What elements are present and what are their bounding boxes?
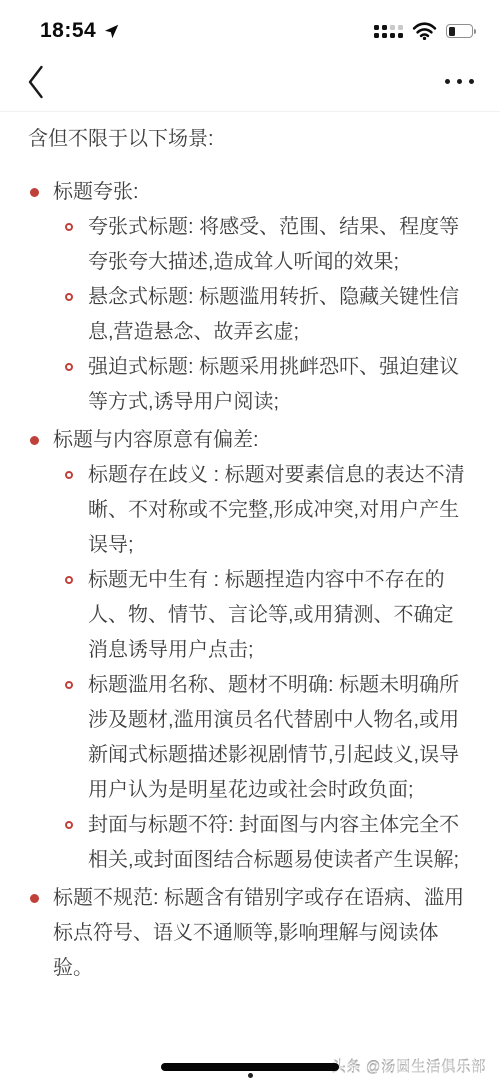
location-arrow-icon (103, 23, 120, 40)
violation-list: 标题夸张:夸张式标题: 将感受、范围、结果、程度等夸张夸大描述,造成耸人听闻的效… (28, 175, 470, 986)
bullet-dot-icon (30, 436, 39, 445)
signal-dot (382, 25, 387, 30)
chevron-left-icon (26, 64, 46, 100)
list-item-text: 标题夸张: (53, 181, 139, 203)
bullet-ring-icon (65, 293, 73, 301)
watermark-text: 头条 @汤圆生活俱乐部 (331, 1060, 486, 1076)
list-item: 标题滥用名称、题材不明确: 标题未明确所涉及题材,滥用演员名代替剧中人物名,或用… (63, 668, 470, 808)
list-item: 标题无中生有 : 标题捏造内容中不存在的人、物、情节、言论等,或用猜测、不确定消… (63, 563, 470, 668)
bullet-ring-icon (65, 223, 73, 231)
bullet-dot-icon (30, 188, 39, 197)
list-item-text: 标题与内容原意有偏差: (53, 429, 259, 451)
signal-dot (374, 25, 379, 30)
signal-dot (382, 33, 387, 38)
bullet-ring-icon (65, 681, 73, 689)
bullet-ring-icon (65, 821, 73, 829)
signal-dot (398, 33, 403, 38)
list-item-text: 悬念式标题: 标题滥用转折、隐藏关键性信息,营造悬念、故弄玄虚; (88, 286, 459, 343)
more-options-button[interactable] (441, 71, 478, 92)
status-bar: 18:54 (0, 0, 500, 52)
bullet-dot-icon (30, 894, 39, 903)
clock: 18:54 (40, 19, 96, 43)
phone-screen: 18:54 (0, 0, 500, 1082)
list-item-text: 标题滥用名称、题材不明确: 标题未明确所涉及题材,滥用演员名代替剧中人物名,或用… (88, 674, 459, 801)
list-item-text: 封面与标题不符: 封面图与内容主体完全不相关,或封面图结合标题易使读者产生误解; (88, 814, 459, 871)
signal-dot (390, 25, 395, 30)
bullet-ring-icon (65, 576, 73, 584)
home-indicator[interactable] (161, 1063, 339, 1071)
list-item: 封面与标题不符: 封面图与内容主体完全不相关,或封面图结合标题易使读者产生误解; (63, 808, 470, 878)
list-item: 强迫式标题: 标题采用挑衅恐吓、强迫建议等方式,诱导用户阅读; (63, 350, 470, 420)
intro-text: 含但不限于以下场景: (28, 122, 470, 157)
ellipsis-icon (457, 79, 462, 84)
list-item-text: 夸张式标题: 将感受、范围、结果、程度等夸张夸大描述,造成耸人听闻的效果; (88, 216, 459, 273)
list-item: 悬念式标题: 标题滥用转折、隐藏关键性信息,营造悬念、故弄玄虚; (63, 280, 470, 350)
list-item: 标题夸张: (28, 175, 470, 210)
navigation-bar (0, 52, 500, 112)
list-item-text: 标题无中生有 : 标题捏造内容中不存在的人、物、情节、言论等,或用猜测、不确定消… (88, 569, 454, 661)
list-item: 标题不规范: 标题含有错别字或存在语病、滥用标点符号、语义不通顺等,影响理解与阅… (28, 881, 470, 986)
signal-dot (398, 25, 403, 30)
signal-dot (374, 33, 379, 38)
list-item: 夸张式标题: 将感受、范围、结果、程度等夸张夸大描述,造成耸人听闻的效果; (63, 210, 470, 280)
back-button[interactable] (22, 60, 50, 104)
signal-dot (390, 33, 395, 38)
bullet-ring-icon (65, 471, 73, 479)
ellipsis-icon (469, 79, 474, 84)
list-item-text: 标题不规范: 标题含有错别字或存在语病、滥用标点符号、语义不通顺等,影响理解与阅… (53, 887, 464, 979)
cellular-signal-icon (374, 25, 403, 38)
bullet-ring-icon (65, 363, 73, 371)
article-content[interactable]: 含但不限于以下场景: 标题夸张:夸张式标题: 将感受、范围、结果、程度等夸张夸大… (0, 112, 500, 986)
list-item: 标题存在歧义 : 标题对要素信息的表达不清晰、不对称或不完整,形成冲突,对用户产… (63, 458, 470, 563)
ellipsis-icon (445, 79, 450, 84)
home-dot (248, 1073, 253, 1078)
watermark: 头条 @汤圆生活俱乐部 (331, 1056, 486, 1077)
wifi-icon (412, 22, 437, 40)
list-item-text: 强迫式标题: 标题采用挑衅恐吓、强迫建议等方式,诱导用户阅读; (88, 356, 459, 413)
list-item-text: 标题存在歧义 : 标题对要素信息的表达不清晰、不对称或不完整,形成冲突,对用户产… (88, 464, 465, 556)
list-item: 标题与内容原意有偏差: (28, 423, 470, 458)
battery-icon (446, 24, 476, 38)
